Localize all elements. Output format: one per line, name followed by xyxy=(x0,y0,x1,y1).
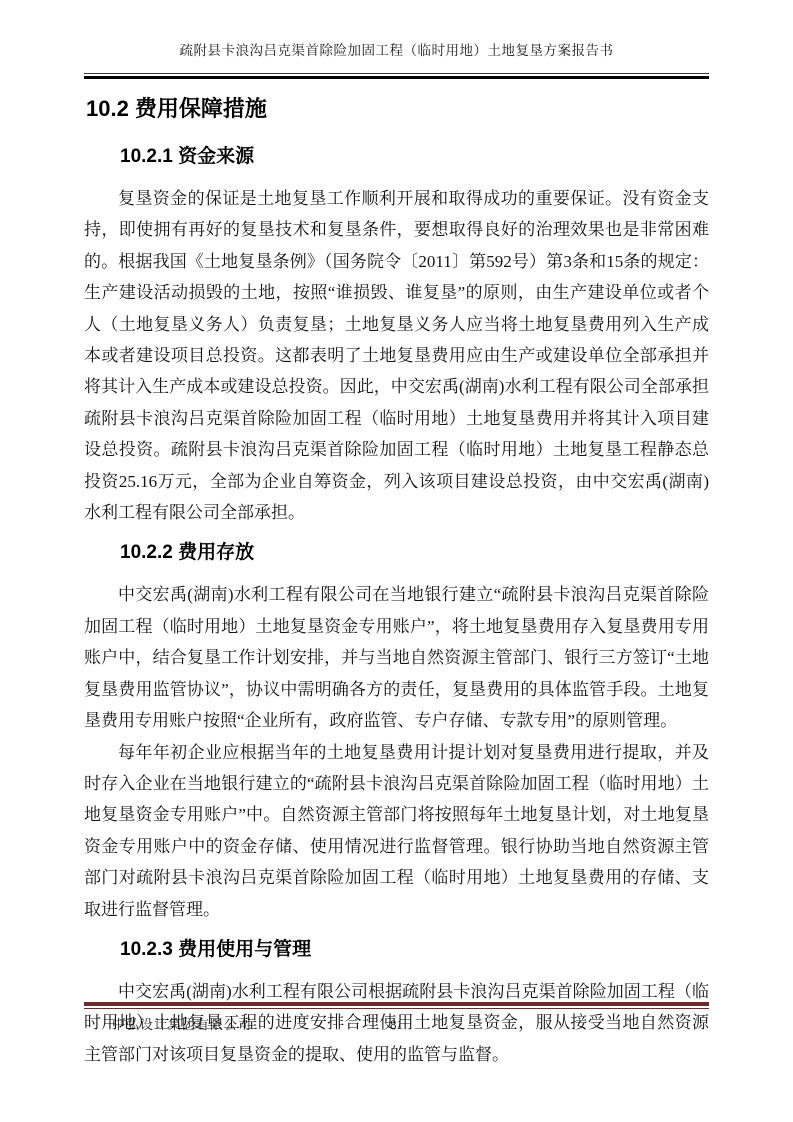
paragraph: 中交宏禹(湖南)水利工程有限公司在当地银行建立“疏附县卡浪沟吕克渠首除险加固工程… xyxy=(84,579,709,736)
running-header-title: 疏附县卡浪沟吕克渠首除险加固工程（临时用地）土地复垦方案报告书 xyxy=(84,42,709,60)
footer-divider-thin xyxy=(84,1008,709,1010)
section-heading-10-2-3: 10.2.3 费用使用与管理 xyxy=(120,937,709,963)
section-heading-10-2-1: 10.2.1 资金来源 xyxy=(120,144,709,170)
document-page: 疏附县卡浪沟吕克渠首除险加固工程（临时用地）土地复垦方案报告书 10.2 费用保… xyxy=(0,0,793,1122)
chapter-heading: 10.2 费用保障措施 xyxy=(86,94,709,124)
paragraph: 每年年初企业应根据当年的土地复垦费用计提计划对复垦费用进行提取，并及时存入企业在… xyxy=(84,737,709,925)
page-footer: 中弘设计集团有限公司 81 xyxy=(84,1002,709,1034)
header-divider xyxy=(84,73,709,80)
section-heading-10-2-2: 10.2.2 费用存放 xyxy=(120,540,709,566)
footer-divider-thick xyxy=(84,1002,709,1006)
footer-company-name: 中弘设计集团有限公司 xyxy=(112,1016,252,1034)
paragraph: 复垦资金的保证是土地复垦工作顺利开展和取得成功的重要保证。没有资金支持，即使拥有… xyxy=(84,183,709,528)
